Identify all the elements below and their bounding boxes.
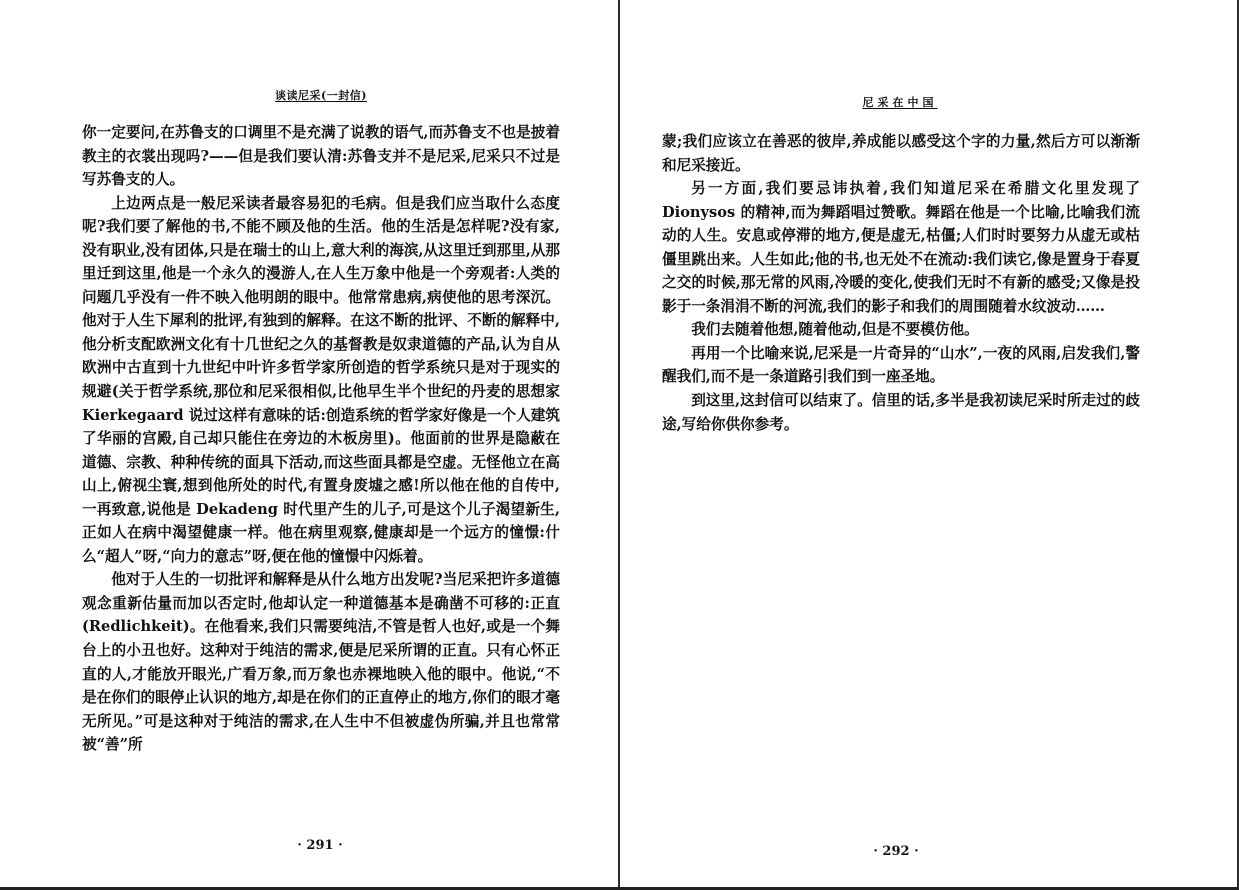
page-number: · 291 · <box>297 838 342 853</box>
running-head: 谈读尼采(一封信) <box>275 87 367 103</box>
right-page: 尼采在中国 蒙;我们应该立在善恶的彼岸,养成能以感受这个字的力量,然后方可以渐渐… <box>620 0 1237 887</box>
running-head: 尼采在中国 <box>863 94 938 110</box>
paragraph: 我们去随着他想,随着他动,但是不要模仿他。 <box>662 318 1140 342</box>
paragraph: 他对于人生的一切批评和解释是从什么地方出发呢?当尼采把许多道德观念重新估量而加以… <box>82 568 560 756</box>
paragraph: 到这里,这封信可以结束了。信里的话,多半是我初读尼采时所走过的歧途,写给你供你参… <box>662 389 1140 436</box>
paragraph: 另一方面,我们要忌讳执着,我们知道尼采在希腊文化里发现了 Dionysos 的精… <box>662 177 1140 318</box>
paragraph: 上边两点是一般尼采读者最容易犯的毛病。但是我们应当取什么态度呢?我们要了解他的书… <box>82 192 560 569</box>
page-number: · 292 · <box>873 844 918 859</box>
paragraph: 你一定要问,在苏鲁支的口调里不是充满了说教的语气,而苏鲁支不也是披着教主的衣裳出… <box>82 121 560 192</box>
paragraph: 再用一个比喻来说,尼采是一片奇异的“山水”,一夜的风雨,启发我们,警醒我们,而不… <box>662 342 1140 389</box>
left-page: 谈读尼采(一封信) 你一定要问,在苏鲁支的口调里不是充满了说教的语气,而苏鲁支不… <box>0 0 618 887</box>
body-text: 蒙;我们应该立在善恶的彼岸,养成能以感受这个字的力量,然后方可以渐渐和尼采接近。… <box>662 130 1140 436</box>
body-text: 你一定要问,在苏鲁支的口调里不是充满了说教的语气,而苏鲁支不也是披着教主的衣裳出… <box>82 121 560 757</box>
paragraph: 蒙;我们应该立在善恶的彼岸,养成能以感受这个字的力量,然后方可以渐渐和尼采接近。 <box>662 130 1140 177</box>
